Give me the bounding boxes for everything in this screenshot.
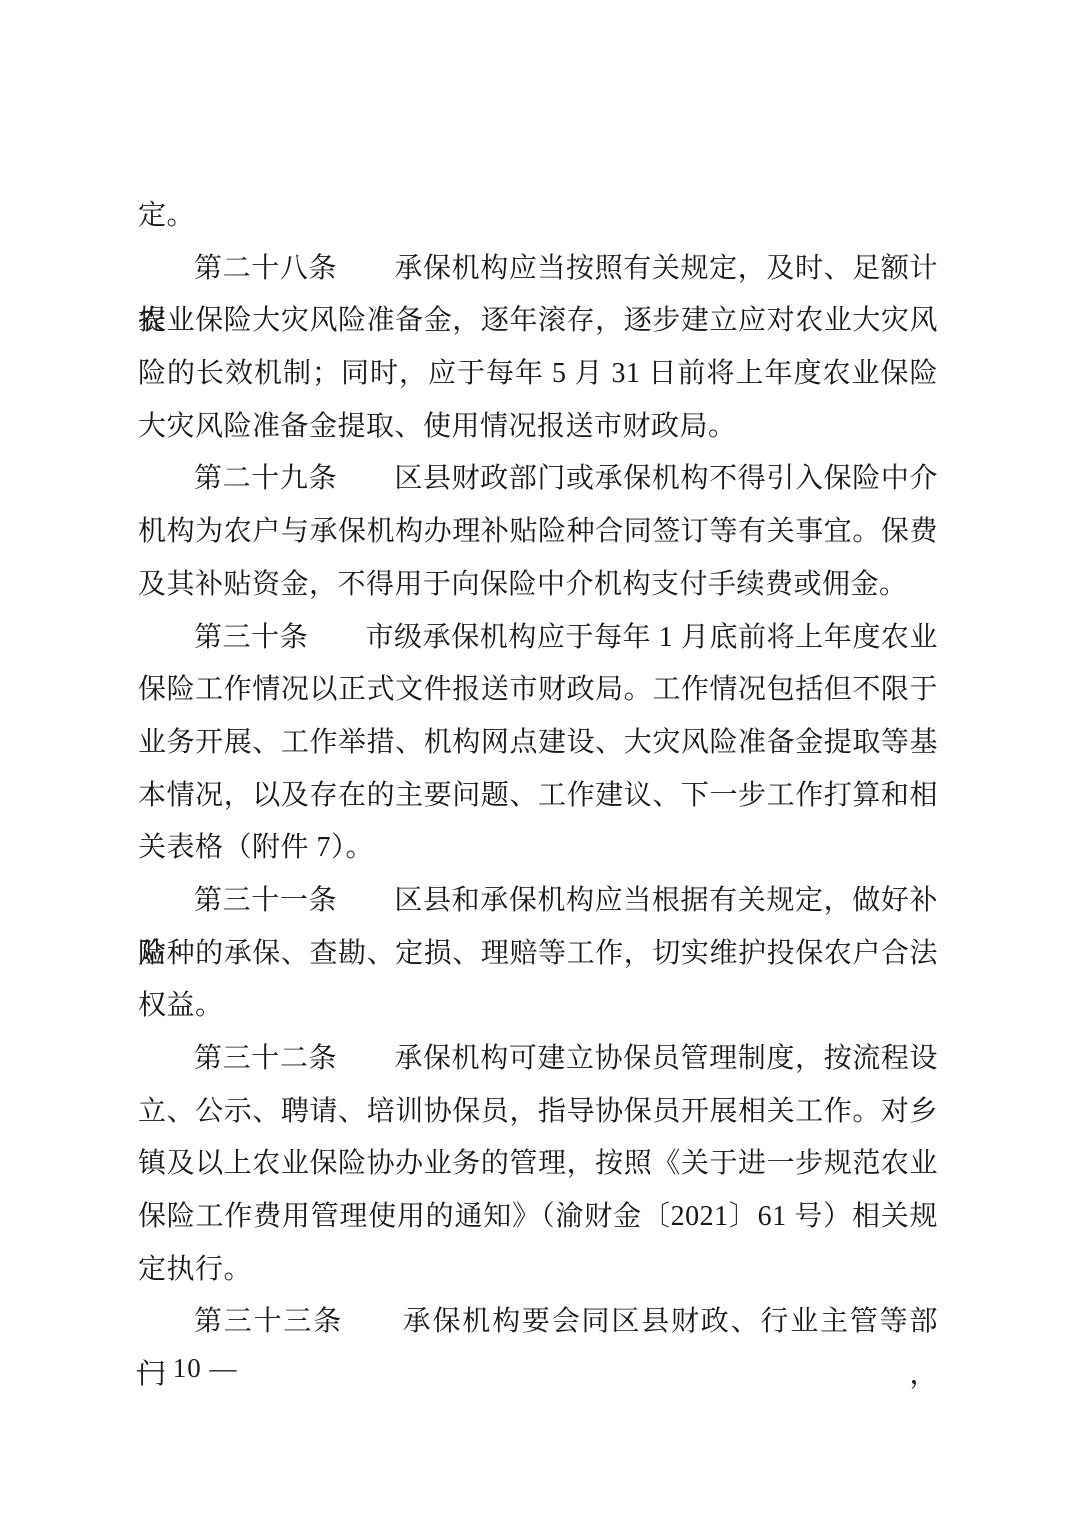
text-line: 关表格（附件 7）。 [138,822,938,875]
paragraph: 第三十三条 承保机构要会同区县财政、行业主管等部门， [138,1296,938,1349]
page-number: — 10 — [137,1348,238,1388]
text-line: 本情况，以及存在的主要问题、工作建议、下一步工作打算和相 [138,770,938,823]
paragraph: 定。 [138,190,938,243]
text-line: 农业保险大灾风险准备金，逐年滚存，逐步建立应对农业大灾风 [138,295,938,348]
text-line: 第三十一条 区县和承保机构应当根据有关规定，做好补贴 [138,875,938,928]
text-line: 定。 [138,190,938,243]
paragraph: 第二十八条 承保机构应当按照有关规定，及时、足额计提农业保险大灾风险准备金，逐年… [138,243,938,454]
paragraph: 第二十九条 区县财政部门或承保机构不得引入保险中介机构为农户与承保机构办理补贴险… [138,453,938,611]
document-page: 定。第二十八条 承保机构应当按照有关规定，及时、足额计提农业保险大灾风险准备金，… [0,0,1074,1520]
text-line: 机构为农户与承保机构办理补贴险种合同签订等有关事宜。保费 [138,506,938,559]
text-line: 第二十九条 区县财政部门或承保机构不得引入保险中介 [138,453,938,506]
text-line: 定执行。 [138,1244,938,1297]
text-line: 业务开展、工作举措、机构网点建设、大灾风险准备金提取等基 [138,717,938,770]
text-line: 险种的承保、查勘、定损、理赔等工作，切实维护投保农户合法 [138,928,938,981]
paragraph: 第三十条 市级承保机构应于每年 1 月底前将上年度农业保险工作情况以正式文件报送… [138,612,938,875]
text-line: 及其补贴资金，不得用于向保险中介机构支付手续费或佣金。 [138,559,938,612]
text-line: 第三十三条 承保机构要会同区县财政、行业主管等部门， [138,1296,938,1349]
document-body: 定。第二十八条 承保机构应当按照有关规定，及时、足额计提农业保险大灾风险准备金，… [138,190,938,1349]
text-line: 权益。 [138,980,938,1033]
text-line: 第二十八条 承保机构应当按照有关规定，及时、足额计提 [138,243,938,296]
text-line: 第三十二条 承保机构可建立协保员管理制度，按流程设 [138,1033,938,1086]
text-line: 保险工作情况以正式文件报送市财政局。工作情况包括但不限于 [138,664,938,717]
paragraph: 第三十二条 承保机构可建立协保员管理制度，按流程设立、公示、聘请、培训协保员，指… [138,1033,938,1296]
text-line: 大灾风险准备金提取、使用情况报送市财政局。 [138,401,938,454]
text-line: 立、公示、聘请、培训协保员，指导协保员开展相关工作。对乡 [138,1086,938,1139]
paragraph: 第三十一条 区县和承保机构应当根据有关规定，做好补贴险种的承保、查勘、定损、理赔… [138,875,938,1033]
text-line: 镇及以上农业保险协办业务的管理，按照《关于进一步规范农业 [138,1138,938,1191]
text-line: 险的长效机制；同时，应于每年 5 月 31 日前将上年度农业保险 [138,348,938,401]
text-line: 保险工作费用管理使用的通知》（渝财金〔2021〕61 号）相关规 [138,1191,938,1244]
text-line: 第三十条 市级承保机构应于每年 1 月底前将上年度农业 [138,612,938,665]
